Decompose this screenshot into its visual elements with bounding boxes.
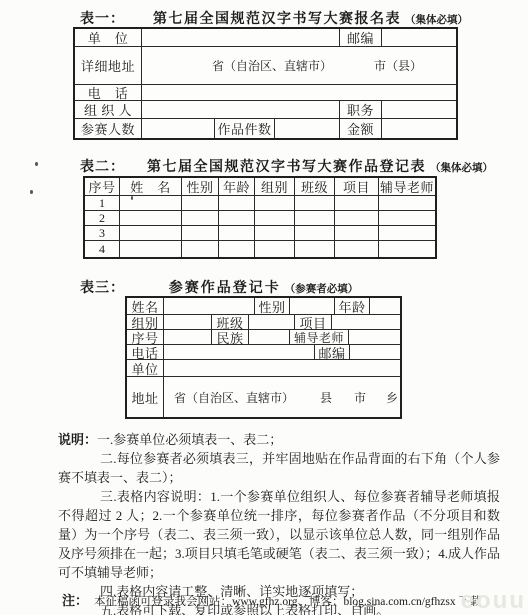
- cell-blank: [379, 226, 435, 240]
- age-value-cell: [370, 298, 400, 314]
- tutor-value-cell: [349, 330, 400, 344]
- note-item-2: 二.每位参赛者必须填表三，并牢固地贴在作品背面的右下角（个人参赛不填表一、表二）…: [58, 449, 500, 487]
- form1-label: 表一：: [80, 12, 125, 27]
- form3-row-unit: 单位: [127, 360, 400, 377]
- class-value-cell: [249, 315, 295, 329]
- tutor-label: 辅导老师: [290, 330, 349, 344]
- duty-label: 职务: [340, 101, 382, 118]
- address-label: 地址: [127, 377, 164, 417]
- cell-blank: [255, 211, 295, 225]
- class-label: 班级: [212, 315, 249, 329]
- form2-required-note: （集体必填）: [430, 163, 493, 174]
- form3-title: 参赛作品登记卡: [169, 281, 281, 296]
- form2-row-3: 3: [85, 226, 435, 241]
- scan-watermark: eouu: [461, 587, 526, 615]
- organizer-value-cell: [142, 101, 340, 118]
- form2-header-row: 序号 姓 名 性别 年龄 组别 班级 项目 辅导老师: [85, 178, 435, 196]
- works-count-label: 作品件数: [215, 119, 275, 138]
- gender-value-cell: [290, 298, 335, 314]
- unit-value-cell: [164, 360, 400, 376]
- form3-title-row: 参赛作品登记卡 （参赛者必填）: [125, 277, 402, 297]
- note-item-3: 三.表格内容说明：1.一个参赛单位组织人、每位参赛者辅导老师填报不得超过 2 人…: [58, 487, 500, 582]
- cell-blank: [219, 211, 255, 225]
- cell-blank: [219, 196, 255, 210]
- cell-blank: [182, 196, 219, 210]
- address-county: 县: [320, 389, 332, 406]
- organizer-label: 组 织 人: [75, 101, 142, 118]
- phone-value-cell: [164, 345, 315, 359]
- cell-blank: [219, 226, 255, 240]
- cell-blank: [255, 196, 295, 210]
- works-count-value-cell: [275, 119, 340, 138]
- cell-blank: [379, 196, 435, 210]
- cell-blank: [335, 241, 379, 257]
- col-tutor: 辅导老师: [379, 178, 435, 195]
- cell-blank: [120, 241, 182, 257]
- duty-value-cell: [382, 101, 456, 118]
- name-label: 姓名: [127, 298, 164, 314]
- address-province: 省（自治区、直辖市）: [212, 57, 332, 74]
- age-label: 年龄: [335, 298, 370, 314]
- scanned-form-page: 表一： 第七届全国规范汉字书写大赛报名表 （集体必填） 单 位 邮编 详细地址 …: [0, 0, 528, 615]
- form3-row-phone: 电话 邮编: [127, 345, 400, 360]
- form1-title: 第七届全国规范汉字书写大赛报名表: [153, 12, 401, 27]
- cell-blank: [219, 241, 255, 257]
- form3-row-name: 姓名 性别 年龄: [127, 298, 400, 315]
- address-city: 市（县）: [374, 57, 422, 74]
- form2-table: 序号 姓 名 性别 年龄 组别 班级 项目 辅导老师 1 2: [83, 176, 437, 259]
- footer-note: 注：本征稿函可登录我会网站：www.gfhz.org、博客：blog.sina.…: [62, 590, 522, 609]
- col-name: 姓 名: [120, 178, 182, 195]
- address-province: 省（自治区、直辖市）: [174, 389, 294, 406]
- phone-label: 电话: [127, 345, 164, 359]
- address-label: 详细地址: [75, 47, 142, 84]
- postcode-label: 邮编: [315, 345, 350, 359]
- group-label: 组别: [127, 315, 164, 329]
- cell-blank: [379, 241, 435, 257]
- col-class: 班级: [295, 178, 335, 195]
- cell-blank: [295, 211, 335, 225]
- phone-label: 电 话: [75, 85, 142, 100]
- amount-label: 金额: [340, 119, 382, 138]
- col-group: 组别: [255, 178, 295, 195]
- form3-row-address: 地址 省（自治区、直辖市） 县 市 乡（镇）: [127, 377, 400, 417]
- cell-blank: [295, 196, 335, 210]
- col-gender: 性别: [182, 178, 219, 195]
- cell-blank: [182, 241, 219, 257]
- name-value-cell: [164, 298, 255, 314]
- note-item-1: 说明：一.参赛单位必须填表一、表二；: [58, 430, 500, 449]
- form3-table: 姓名 性别 年龄 组别 班级 项目 序号 民族 辅导老师 电话 邮编: [125, 296, 402, 419]
- form1-required-note: （集体必填）: [405, 15, 468, 26]
- postcode-label: 邮编: [340, 29, 382, 46]
- col-age: 年龄: [219, 178, 255, 195]
- form2-title-row: 表二： 第七届全国规范汉字书写大赛作品登记表 （集体必填）: [80, 156, 493, 176]
- cell-blank: [295, 241, 335, 257]
- form2-label: 表二：: [80, 160, 125, 175]
- cell-blank: [182, 226, 219, 240]
- form2-title: 第七届全国规范汉字书写大赛作品登记表: [147, 160, 426, 175]
- group-value-cell: [164, 315, 212, 329]
- project-label: 项目: [295, 315, 332, 329]
- address-town: 乡（镇）: [386, 389, 400, 406]
- cell-blank: [295, 226, 335, 240]
- form3-row-group: 组别 班级 项目: [127, 315, 400, 330]
- notes-section: 说明：一.参赛单位必须填表一、表二； 二.每位参赛者必须填表三，并牢固地贴在作品…: [58, 430, 500, 615]
- form3-row-serial: 序号 民族 辅导老师: [127, 330, 400, 345]
- serial-label: 序号: [127, 330, 164, 344]
- form3-required-note: （参赛者必填）: [285, 284, 359, 295]
- cell-blank: [120, 196, 182, 210]
- form1-row-unit: 单 位 邮编: [75, 29, 456, 47]
- cell-blank: [120, 211, 182, 225]
- address-city: 市: [354, 389, 366, 406]
- row-number: 2: [85, 211, 120, 225]
- cell-blank: [379, 211, 435, 225]
- row-number: 4: [85, 241, 120, 257]
- form1-row-phone: 电 话: [75, 85, 456, 101]
- unit-label: 单 位: [75, 29, 142, 46]
- footer-note-text: 本征稿函可登录我会网站：www.gfhz.org、博客：blog.sina.co…: [94, 596, 481, 608]
- form1-row-organizer: 组 织 人 职务: [75, 101, 456, 119]
- address-value-cell: 省（自治区、直辖市） 县 市 乡（镇）: [164, 377, 400, 417]
- scan-speckle: [35, 162, 38, 166]
- unit-label: 单位: [127, 360, 164, 376]
- row-number: 3: [85, 226, 120, 240]
- ethnicity-label: 民族: [212, 330, 249, 344]
- cell-blank: [255, 226, 295, 240]
- cell-blank: [335, 196, 379, 210]
- participants-value-cell: [142, 119, 215, 138]
- scan-speckle: [131, 196, 133, 200]
- form1-row-counts: 参赛人数 作品件数 金额: [75, 119, 456, 138]
- phone-value-cell: [142, 85, 456, 100]
- postcode-value-cell: [350, 345, 400, 359]
- project-value-cell: [332, 315, 400, 329]
- form1-table: 单 位 邮编 详细地址 省（自治区、直辖市） 市（县） 乡（镇） 电 话 组 织…: [73, 27, 458, 140]
- form1-title-row: 表一： 第七届全国规范汉字书写大赛报名表 （集体必填）: [80, 8, 468, 28]
- note-text: 一.参赛单位必须填表一、表二；: [97, 432, 282, 447]
- form2-row-4: 4: [85, 241, 435, 257]
- serial-value-cell: [164, 330, 212, 344]
- ethnicity-value-cell: [249, 330, 290, 344]
- footer-note-label: 注：: [62, 593, 88, 608]
- col-serial: 序号: [85, 178, 120, 195]
- unit-value-cell: [142, 29, 340, 46]
- col-project: 项目: [335, 178, 379, 195]
- gender-label: 性别: [255, 298, 290, 314]
- cell-blank: [335, 211, 379, 225]
- form2-row-2: 2: [85, 211, 435, 226]
- form1-row-address: 详细地址 省（自治区、直辖市） 市（县） 乡（镇）: [75, 47, 456, 85]
- cell-blank: [255, 241, 295, 257]
- row-number: 1: [85, 196, 120, 210]
- notes-label: 说明：: [58, 432, 97, 447]
- scan-speckle: [30, 190, 33, 194]
- amount-value-cell: [382, 119, 456, 138]
- form3-label: 表三：: [80, 277, 125, 297]
- cell-blank: [335, 226, 379, 240]
- address-value-cell: 省（自治区、直辖市） 市（县） 乡（镇）: [142, 47, 456, 84]
- cell-blank: [182, 211, 219, 225]
- postcode-value-cell: [382, 29, 456, 46]
- participants-label: 参赛人数: [75, 119, 142, 138]
- form2-row-1: 1: [85, 196, 435, 211]
- cell-blank: [120, 226, 182, 240]
